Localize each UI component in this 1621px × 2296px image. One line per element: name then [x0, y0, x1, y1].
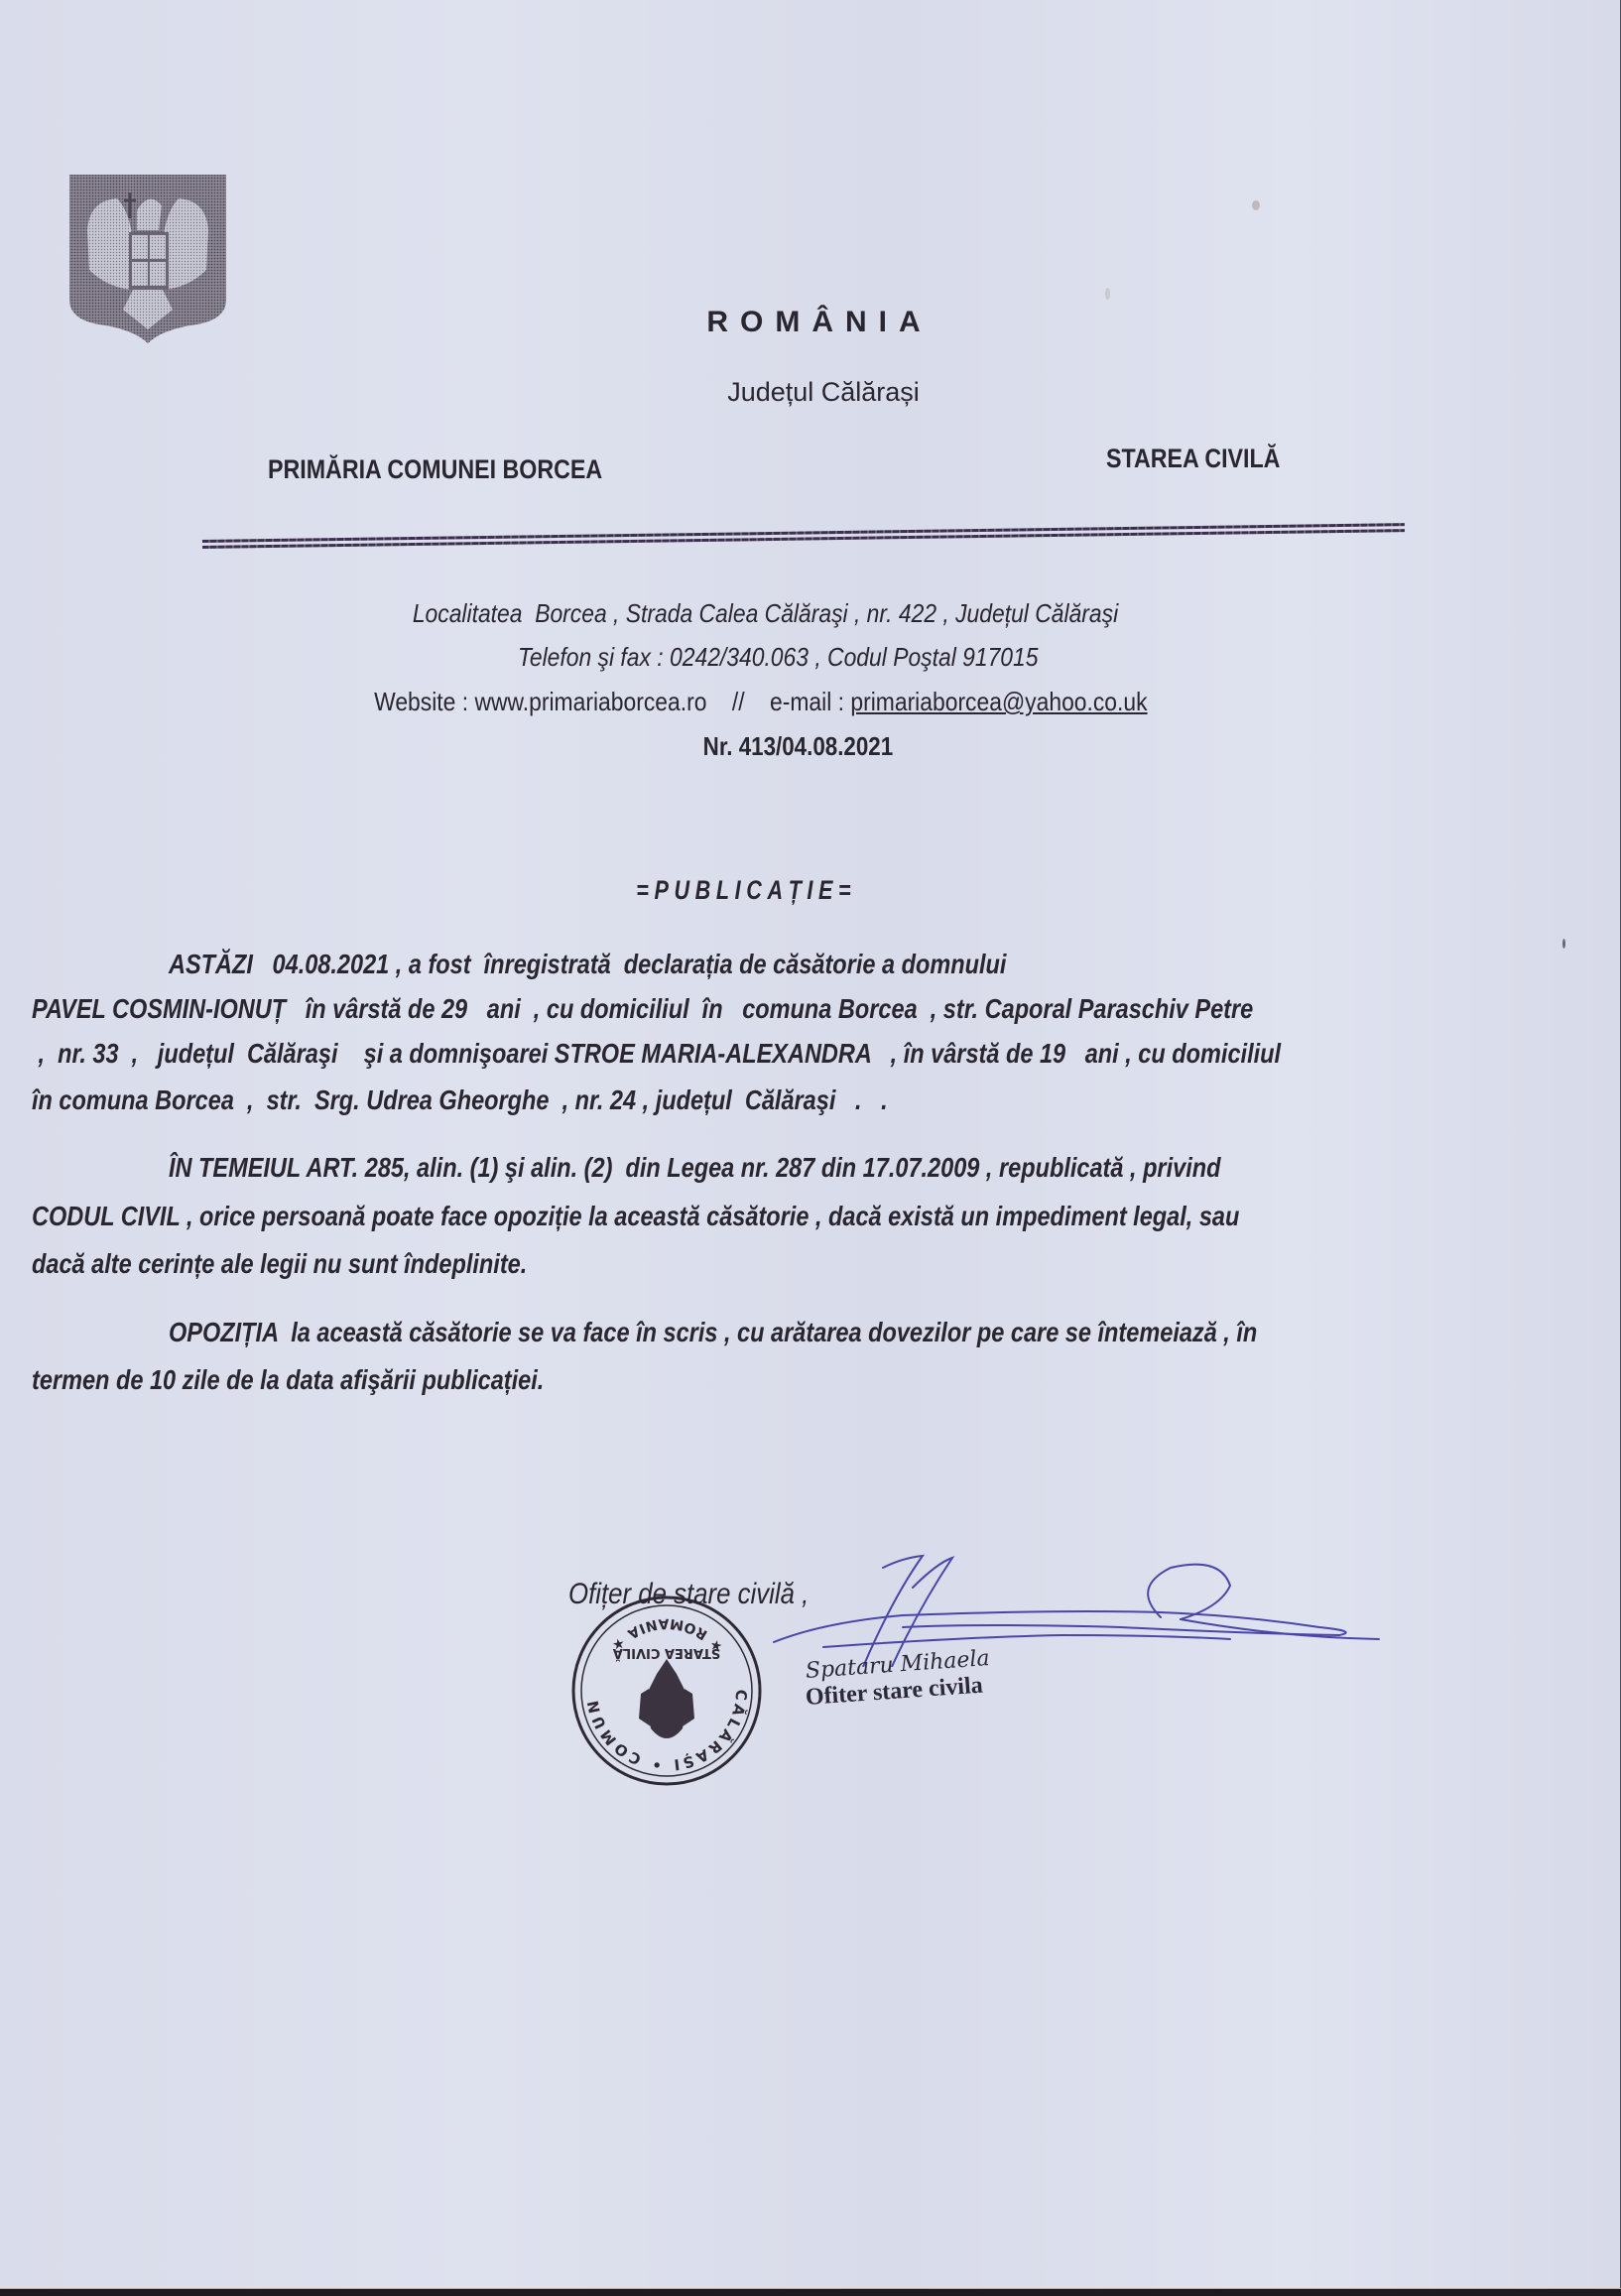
- paragraph-text: termen de 10 zile de la data afişării pu…: [32, 1364, 544, 1396]
- web-email-line: Website : www.primariaborcea.ro // e-mai…: [374, 687, 1253, 717]
- email-link[interactable]: primariaborcea@yahoo.co.uk: [850, 687, 1147, 716]
- department-text: STAREA CIVILĂ: [1106, 444, 1280, 474]
- phone-text: Telefon şi fax : 0242/340.063 , Codul Po…: [518, 642, 1039, 673]
- address-line: Localitatea Borcea , Strada Calea Călăra…: [413, 598, 1214, 629]
- department-name: STAREA CIVILĂ: [1106, 444, 1309, 474]
- handwritten-signature: [764, 1528, 1419, 1667]
- phone-line: Telefon şi fax : 0242/340.063 , Codul Po…: [518, 642, 1109, 673]
- paragraph-text: dacă alte cerințe ale legii nu sunt înde…: [32, 1248, 527, 1280]
- signature-label-text: Ofițer de stare civilă ,: [568, 1578, 809, 1611]
- paragraph-text: ASTĂZI 04.08.2021 , a fost înregistrată …: [169, 949, 1006, 980]
- paragraph2-line3: dacă alte cerințe ale legii nu sunt înde…: [32, 1248, 621, 1280]
- scan-edge: [0, 2288, 1621, 2296]
- paragraph3-line1: OPOZIȚIA la această căsătorie se va face…: [169, 1317, 1464, 1348]
- paragraph-text: CODUL CIVIL , orice persoană poate face …: [32, 1201, 1239, 1232]
- paragraph-text: PAVEL COSMIN-IONUȚ în vârstă de 29 ani ,…: [32, 993, 1253, 1025]
- paper-speck: [1105, 288, 1110, 300]
- country-heading: ROMÂNIA: [706, 306, 932, 339]
- paragraph1-line2: PAVEL COSMIN-IONUȚ în vârstă de 29 ani ,…: [32, 993, 1486, 1025]
- paragraph1-line1: ASTĂZI 04.08.2021 , a fost înregistrată …: [169, 949, 1166, 980]
- paragraph-text: , nr. 33 , județul Călăraşi şi a domnişo…: [32, 1038, 1281, 1070]
- paragraph1-line3: , nr. 33 , județul Călăraşi şi a domnişo…: [32, 1038, 1519, 1070]
- paper-speck: [1562, 939, 1565, 949]
- paragraph-text: ÎN TEMEIUL ART. 285, alin. (1) şi alin. …: [169, 1152, 1220, 1184]
- publication-title-text: =PUBLICAȚIE=: [636, 875, 856, 906]
- institution-text: PRIMĂRIA COMUNEI BORCEA: [268, 454, 602, 485]
- paragraph3-line2: termen de 10 zile de la data afişării pu…: [32, 1364, 642, 1396]
- website-text[interactable]: Website : www.primariaborcea.ro // e-mai…: [374, 687, 850, 716]
- paragraph1-line4: în comuna Borcea , str. Srg. Udrea Gheor…: [32, 1084, 1051, 1116]
- official-stamp-icon: JUDEȚUL CĂLĂRAȘI • COMUNA BORCEA ★ ROMAN…: [567, 1594, 766, 1788]
- paragraph2-line2: CODUL CIVIL , orice persoană poate face …: [32, 1201, 1469, 1232]
- registration-number: Nr. 413/04.08.2021: [703, 731, 925, 762]
- coat-of-arms-icon: [67, 171, 228, 344]
- svg-text:STAREA CIVILĂ: STAREA CIVILĂ: [613, 1645, 720, 1661]
- document-page: [0, 0, 1621, 2288]
- paragraph-text: OPOZIȚIA la această căsătorie se va face…: [169, 1317, 1257, 1348]
- registration-number-text: Nr. 413/04.08.2021: [703, 731, 893, 762]
- paper-speck: [1252, 200, 1260, 210]
- signature-label: Ofițer de stare civilă ,: [568, 1578, 848, 1611]
- publication-title: =PUBLICAȚIE=: [636, 875, 912, 906]
- institution-name: PRIMĂRIA COMUNEI BORCEA: [268, 454, 657, 485]
- address-text: Localitatea Borcea , Strada Calea Călăra…: [413, 598, 1118, 629]
- county-heading: Județul Călărași: [727, 377, 920, 408]
- paragraph2-line1: ÎN TEMEIUL ART. 285, alin. (1) şi alin. …: [169, 1152, 1421, 1184]
- paragraph-text: în comuna Borcea , str. Srg. Udrea Gheor…: [32, 1084, 888, 1116]
